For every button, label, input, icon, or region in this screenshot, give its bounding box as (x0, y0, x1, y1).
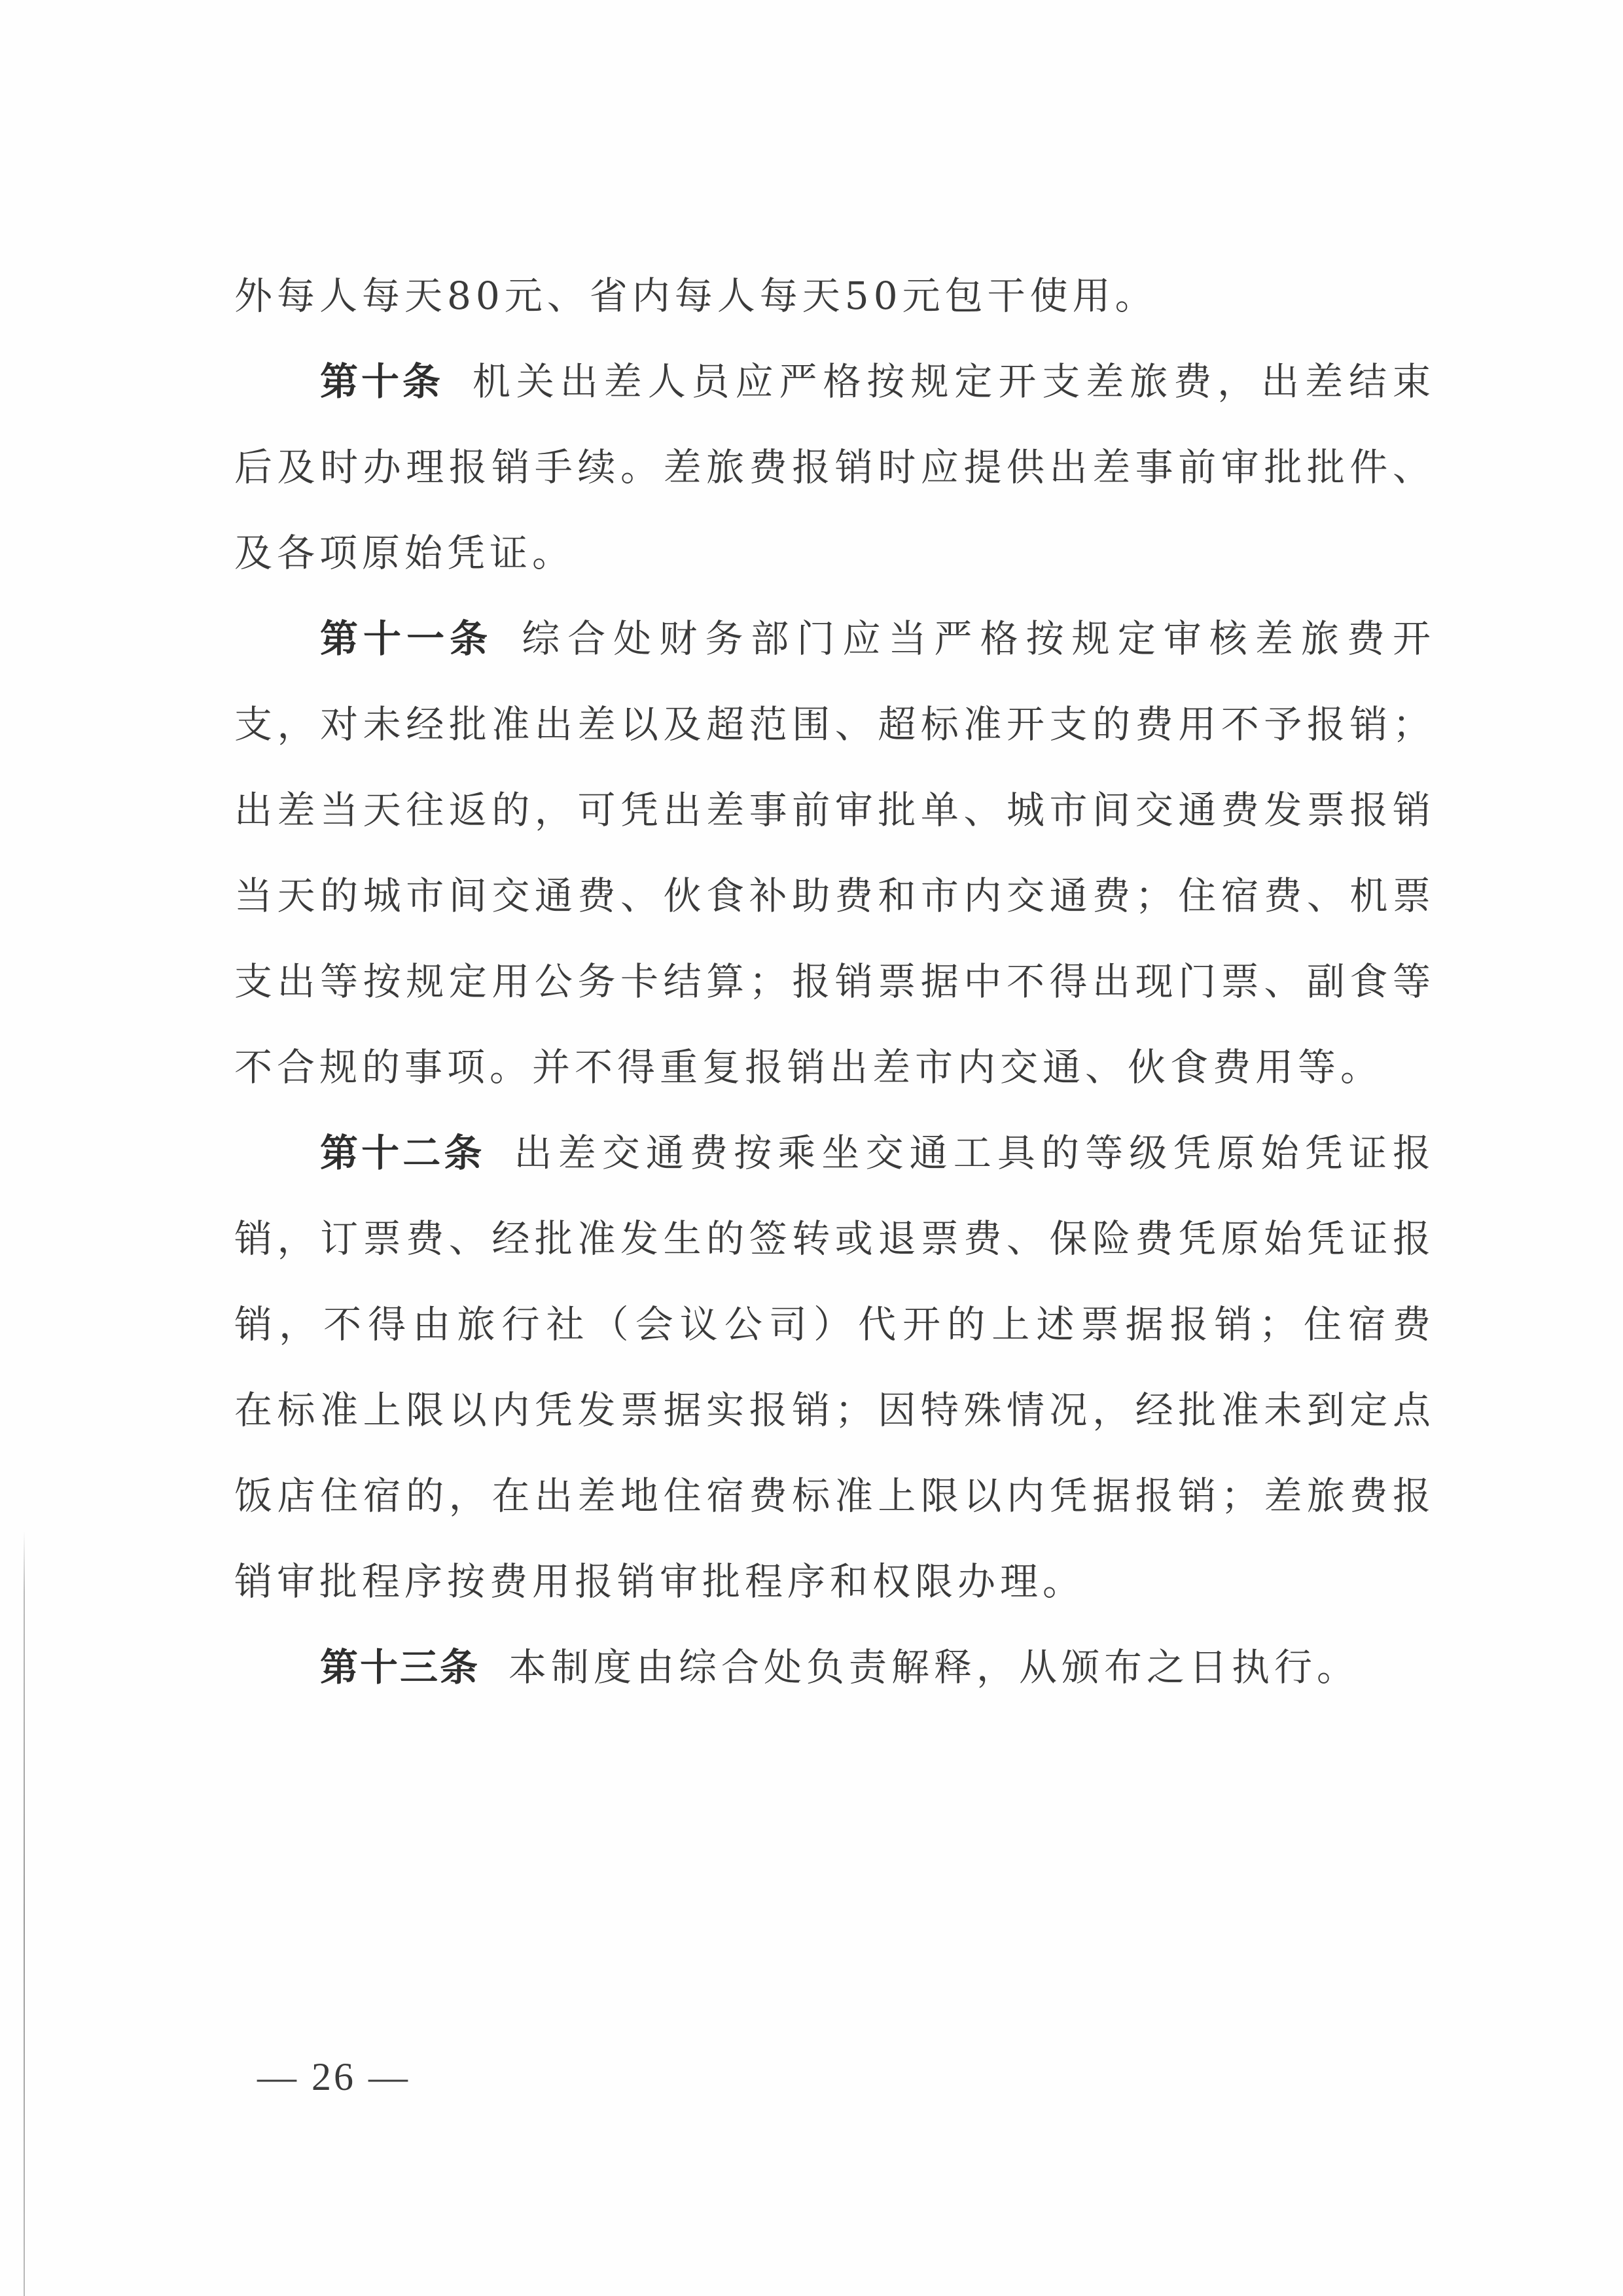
article-heading: 第十三条 (320, 1645, 480, 1689)
article-12: 第十二条出差交通费按乘坐交通工具的等级凭原始凭证报 销，订票费、经批准发生的签转… (234, 1110, 1435, 1625)
scan-margin-line (24, 1531, 25, 2296)
text-line: 出差当天往返的，可凭出差事前审批单、城市间交通费发票报销 (234, 768, 1435, 853)
text-line: 销，不得由旅行社（会议公司）代开的上述票据报销；住宿费 (234, 1282, 1435, 1368)
text-line: 支，对未经批准出差以及超范围、超标准开支的费用不予报销； (234, 682, 1435, 768)
text-line: 第十三条本制度由综合处负责解释，从颁布之日执行。 (234, 1625, 1435, 1710)
text-line: 支出等按规定用公务卡结算；报销票据中不得出现门票、副食等 (234, 939, 1435, 1025)
text-line: 销审批程序按费用报销审批程序和权限办理。 (234, 1539, 1435, 1625)
page-number: — 26 — (257, 2055, 410, 2100)
body-text: 外每人每天80元、省内每人每天50元包干使用。 第十条机关出差人员应严格按规定开… (234, 253, 1435, 1710)
document-page: 外每人每天80元、省内每人每天50元包干使用。 第十条机关出差人员应严格按规定开… (0, 0, 1623, 2296)
text-line: 第十条机关出差人员应严格按规定开支差旅费，出差结束 (234, 339, 1435, 425)
article-13: 第十三条本制度由综合处负责解释，从颁布之日执行。 (234, 1625, 1435, 1710)
article-heading: 第十条 (320, 359, 444, 404)
article-heading: 第十二条 (320, 1131, 486, 1175)
article-text: 机关出差人员应严格按规定开支差旅费，出差结束 (473, 359, 1435, 404)
paragraph-continuation: 外每人每天80元、省内每人每天50元包干使用。 (234, 253, 1435, 339)
text-line: 销，订票费、经批准发生的签转或退票费、保险费凭原始凭证报 (234, 1196, 1435, 1282)
text-line: 第十二条出差交通费按乘坐交通工具的等级凭原始凭证报 (234, 1110, 1435, 1196)
article-text: 综合处财务部门应当严格按规定审核差旅费开 (522, 616, 1435, 661)
article-heading: 第十一条 (320, 616, 493, 661)
text-line: 不合规的事项。并不得重复报销出差市内交通、伙食费用等。 (234, 1025, 1435, 1110)
text-line: 后及时办理报销手续。差旅费报销时应提供出差事前审批批件、 (234, 425, 1435, 510)
text-line: 在标准上限以内凭发票据实报销；因特殊情况，经批准未到定点 (234, 1368, 1435, 1453)
text-line: 外每人每天80元、省内每人每天50元包干使用。 (234, 253, 1435, 339)
article-text: 出差交通费按乘坐交通工具的等级凭原始凭证报 (514, 1131, 1435, 1175)
text-line: 饭店住宿的，在出差地住宿费标准上限以内凭据报销；差旅费报 (234, 1453, 1435, 1539)
text-line: 及各项原始凭证。 (234, 510, 1435, 596)
text-line: 第十一条综合处财务部门应当严格按规定审核差旅费开 (234, 596, 1435, 682)
article-10: 第十条机关出差人员应严格按规定开支差旅费，出差结束 后及时办理报销手续。差旅费报… (234, 339, 1435, 596)
text-line: 当天的城市间交通费、伙食补助费和市内交通费；住宿费、机票 (234, 853, 1435, 939)
article-11: 第十一条综合处财务部门应当严格按规定审核差旅费开 支，对未经批准出差以及超范围、… (234, 596, 1435, 1110)
article-text: 本制度由综合处负责解释，从颁布之日执行。 (508, 1645, 1359, 1689)
